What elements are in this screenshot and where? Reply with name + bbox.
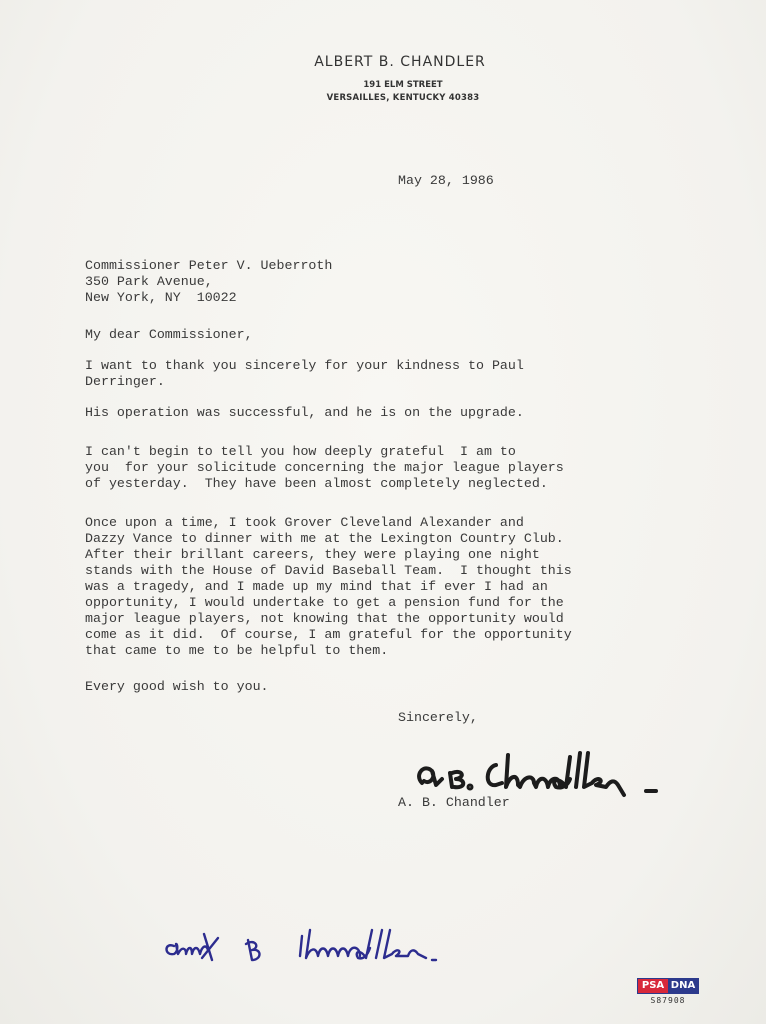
psa-logo-text: PSA <box>638 979 668 993</box>
blue-ink-signature <box>160 920 560 970</box>
paragraph-4: Once upon a time, I took Grover Clevelan… <box>85 515 572 659</box>
letter-date: May 28, 1986 <box>398 173 494 189</box>
psa-dna-logo: PSA DNA <box>637 978 699 994</box>
dna-logo-text: DNA <box>668 979 698 993</box>
paragraph-1: I want to thank you sincerely for your k… <box>85 358 524 390</box>
letterhead-name: ALBERT B. CHANDLER <box>0 54 766 70</box>
recipient-address: Commissioner Peter V. Ueberroth 350 Park… <box>85 258 332 306</box>
closing-wish: Every good wish to you. <box>85 679 269 695</box>
letterhead-city: VERSAILLES, KENTUCKY 40383 <box>0 93 766 103</box>
letterhead-street: 191 ELM STREET <box>0 80 766 90</box>
letter-page: ALBERT B. CHANDLER 191 ELM STREET VERSAI… <box>0 0 766 1024</box>
paragraph-2: His operation was successful, and he is … <box>85 405 524 421</box>
authentication-serial: S87908 <box>637 996 699 1005</box>
paragraph-3: I can't begin to tell you how deeply gra… <box>85 444 564 492</box>
psa-dna-authentication-sticker: PSA DNA S87908 <box>637 978 699 1005</box>
sign-off: Sincerely, <box>398 710 478 726</box>
typed-signature: A. B. Chandler <box>398 795 510 811</box>
salutation: My dear Commissioner, <box>85 327 253 343</box>
